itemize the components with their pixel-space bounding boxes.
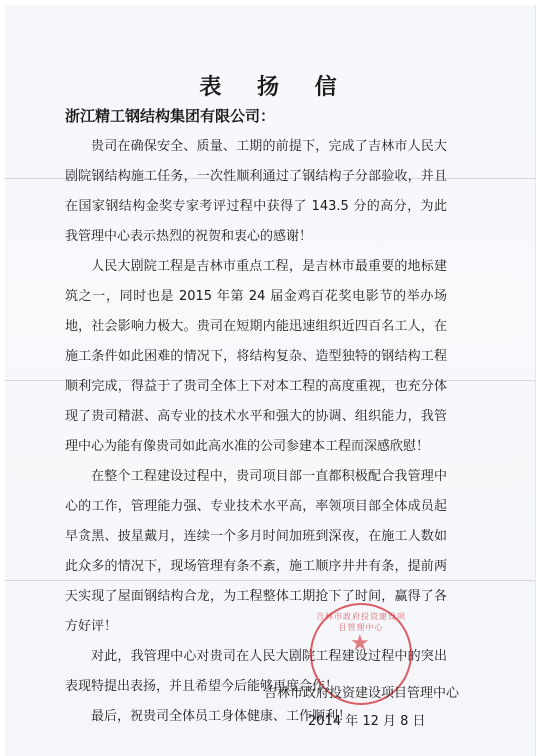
signature-organization: 吉林市政府投资建设项目管理中心 xyxy=(264,682,459,701)
paragraph: 贵司在确保安全、质量、工期的前提下，完成了吉林市人民大剧院钢结构施工任务，一次性… xyxy=(65,132,447,252)
star-icon: ★ xyxy=(350,631,370,656)
seal-text: 吉林市政府投资建设项目管理中心 xyxy=(312,611,410,633)
letter-title: 表 扬 信 xyxy=(0,70,550,101)
salutation: 浙江精工钢结构集团有限公司： xyxy=(65,105,275,126)
signature-date: 2014 年 12 月 8 日 xyxy=(308,710,426,729)
paragraph: 人民大剧院工程是吉林市重点工程，是吉林市最重要的地标建筑之一，同时也是 2015… xyxy=(65,252,447,462)
